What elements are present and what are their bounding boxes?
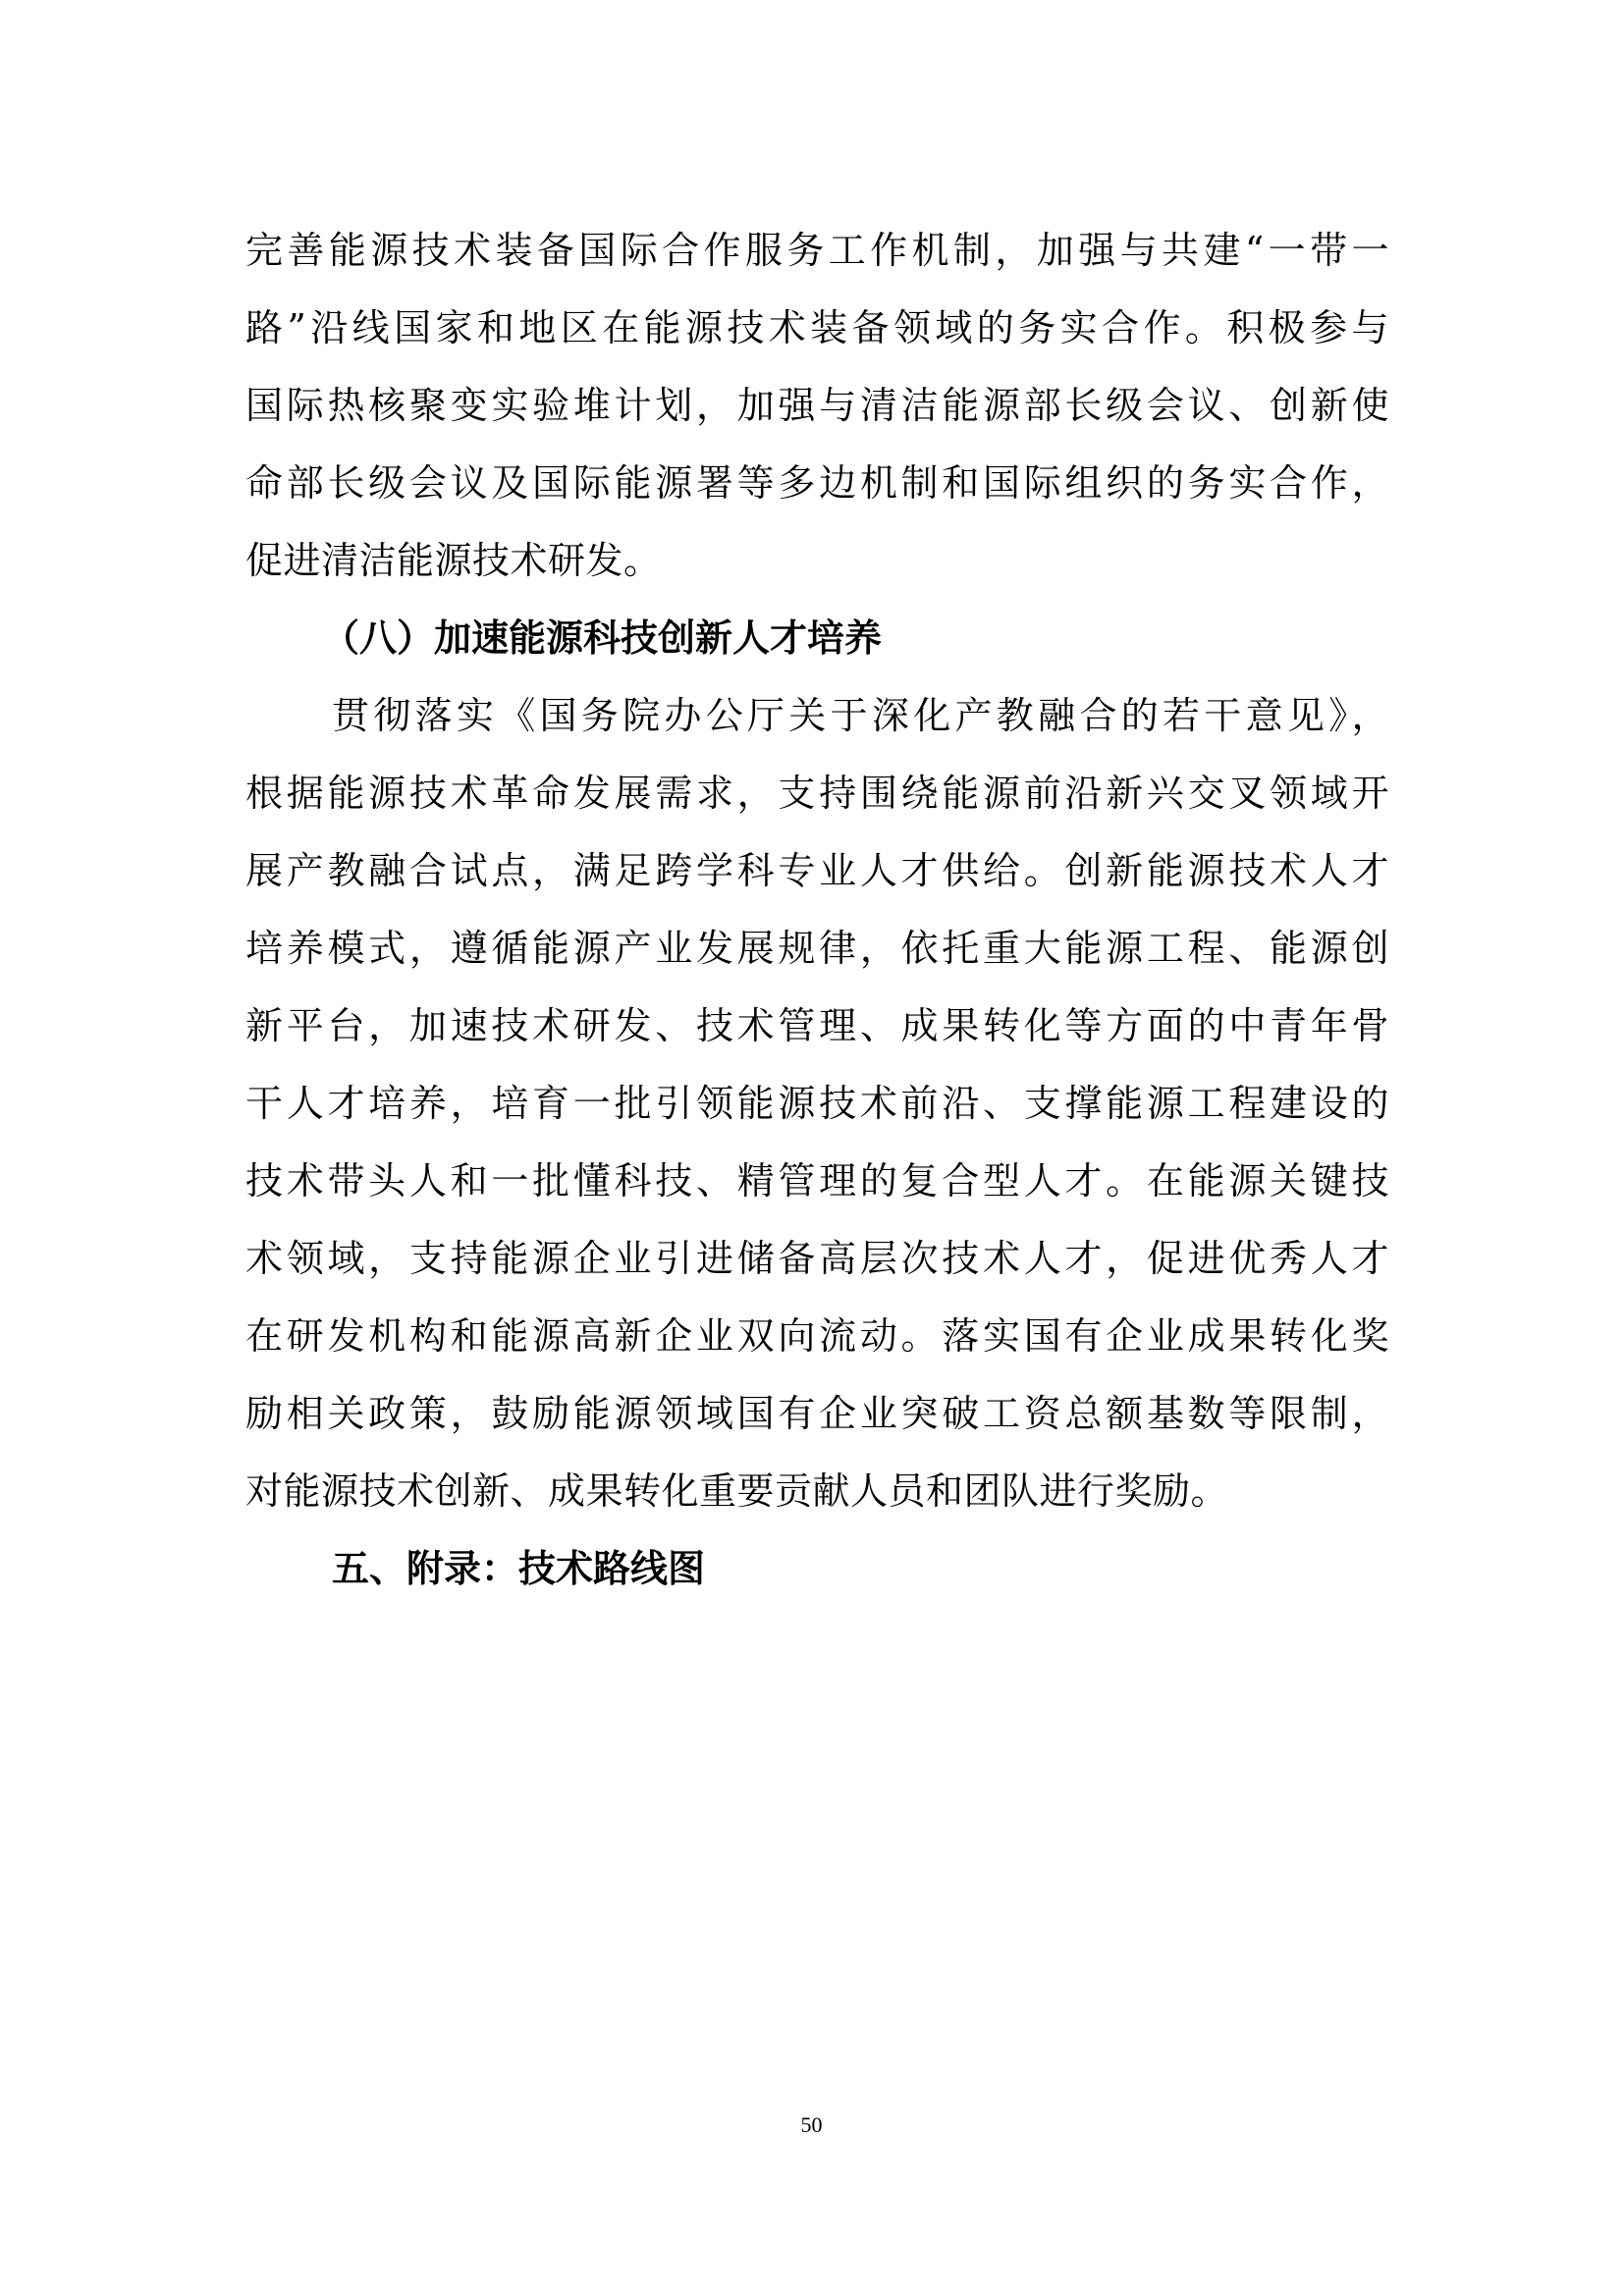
paragraph-line: 展产教融合试点，满足跨学科专业人才供给。创新能源技术人才 — [245, 841, 1389, 900]
paragraph-line: 路”沿线国家和地区在能源技术装备领域的务实合作。积极参与 — [245, 298, 1389, 357]
paragraph-line: 新平台，加速技术研发、技术管理、成果转化等方面的中青年骨 — [245, 996, 1389, 1055]
document-page: 完善能源技术装备国际合作服务工作机制，加强与共建“一带一 路”沿线国家和地区在能… — [0, 0, 1623, 2296]
paragraph-line: 国际热核聚变实验堆计划，加强与清洁能源部长级会议、创新使 — [245, 376, 1389, 435]
paragraph-line: 在研发机构和能源高新企业双向流动。落实国有企业成果转化奖 — [245, 1307, 1389, 1365]
paragraph-line: 促进清洁能源技术研发。 — [245, 531, 1389, 590]
paragraph-line: 励相关政策，鼓励能源领域国有企业突破工资总额基数等限制， — [245, 1384, 1389, 1443]
paragraph-line: 技术带头人和一批懂科技、精管理的复合型人才。在能源关键技 — [245, 1151, 1389, 1210]
section-heading-5: 五、附录：技术路线图 — [332, 1539, 705, 1598]
page-number: 50 — [0, 2112, 1623, 2138]
paragraph-line: 根据能源技术革命发展需求，支持围绕能源前沿新兴交叉领域开 — [245, 764, 1389, 823]
paragraph-line: 培养模式，遵循能源产业发展规律，依托重大能源工程、能源创 — [245, 919, 1389, 978]
paragraph-line: 贯彻落实《国务院办公厅关于深化产教融合的若干意见》， — [332, 686, 1389, 745]
paragraph-line: 命部长级会议及国际能源署等多边机制和国际组织的务实合作， — [245, 454, 1389, 512]
paragraph-line: 干人才培养，培育一批引领能源技术前沿、支撑能源工程建设的 — [245, 1074, 1389, 1133]
section-heading-8: （八）加速能源科技创新人才培养 — [322, 609, 882, 667]
paragraph-line: 对能源技术创新、成果转化重要贡献人员和团队进行奖励。 — [245, 1462, 1389, 1521]
paragraph-line: 完善能源技术装备国际合作服务工作机制，加强与共建“一带一 — [245, 221, 1389, 280]
paragraph-line: 术领域，支持能源企业引进储备高层次技术人才，促进优秀人才 — [245, 1229, 1389, 1288]
